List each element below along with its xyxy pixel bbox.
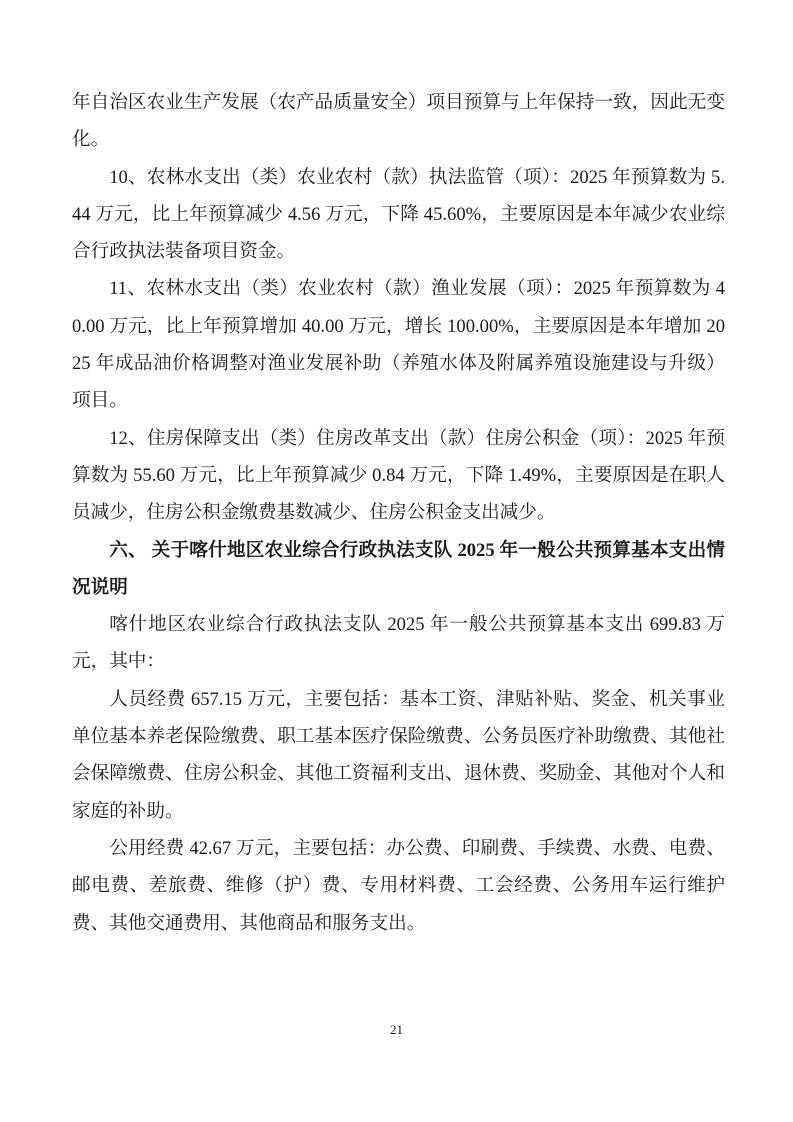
paragraph-item-10-law-enforcement-supervision: 10、农林水支出（类）农业农村（款）执法监管（项）：2025 年预算数为 5.4…: [72, 159, 725, 271]
page-number: 21: [0, 1021, 793, 1039]
section-heading-basic-expenditure: 六、 关于喀什地区农业综合行政执法支队 2025 年一般公共预算基本支出情况说明: [72, 532, 725, 607]
paragraph-personnel-expenses: 人员经费 657.15 万元，主要包括：基本工资、津贴补贴、奖金、机关事业单位基…: [72, 681, 725, 830]
paragraph-basic-expenditure-total: 喀什地区农业综合行政执法支队 2025 年一般公共预算基本支出 699.83 万…: [72, 606, 725, 681]
paragraph-continuation: 年自治区农业生产发展（农产品质量安全）项目预算与上年保持一致，因此无变化。: [72, 84, 725, 159]
document-page: 年自治区农业生产发展（农产品质量安全）项目预算与上年保持一致，因此无变化。 10…: [0, 0, 793, 1122]
paragraph-public-expenses: 公用经费 42.67 万元，主要包括：办公费、印刷费、手续费、水费、电费、邮电费…: [72, 830, 725, 942]
document-body: 年自治区农业生产发展（农产品质量安全）项目预算与上年保持一致，因此无变化。 10…: [72, 84, 725, 942]
paragraph-item-12-housing-fund: 12、住房保障支出（类）住房改革支出（款）住房公积金（项）：2025 年预算数为…: [72, 420, 725, 532]
paragraph-item-11-fishery-development: 11、农林水支出（类）农业农村（款）渔业发展（项）：2025 年预算数为 40.…: [72, 270, 725, 419]
